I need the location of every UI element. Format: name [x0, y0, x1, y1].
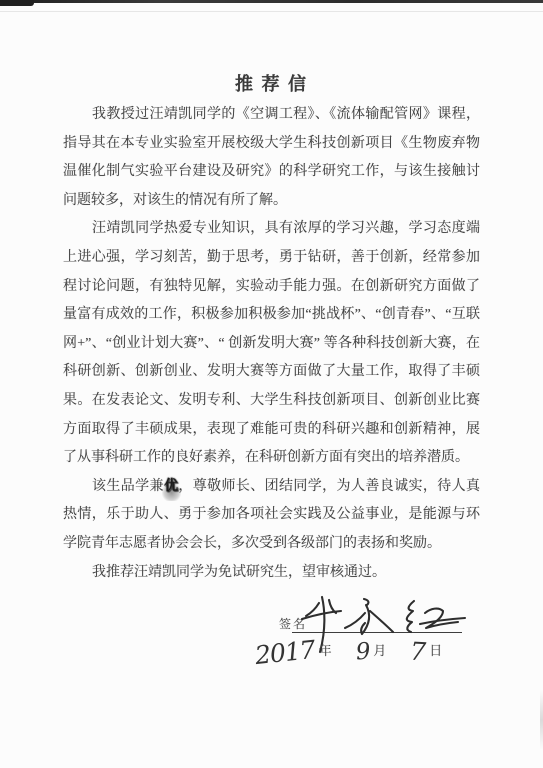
paragraph-1-line-4: 问题较多，对该生的情况有所了解。	[63, 187, 480, 216]
paragraph-2-line-7: 果。在发表论文、发明专利、大学生科技创新项目、创新创业比赛等	[63, 387, 480, 416]
scan-edge-artifact-top	[0, 0, 543, 3]
paragraph-2-line-2: 上进心强，学习刻苦，勤于思考，勇于钻研，善于创新，经常参加课	[63, 244, 480, 273]
paragraph-3-line-1: 该生品学兼优，尊敬师长、团结同学，为人善良诚实，待人真肯	[63, 473, 480, 502]
date-month-label: 月	[373, 640, 386, 659]
scan-edge-artifact-corner	[0, 0, 34, 6]
paragraph-4-line-1: 我推荐汪靖凯同学为免试研究生，望审核通过。	[63, 559, 480, 588]
line-text: 该生品学兼	[92, 479, 164, 494]
paragraph-3-line-3: 学院青年志愿者协会会长，多次受到各级部门的表扬和奖励。	[63, 530, 480, 559]
paragraph-2-line-1: 汪靖凯同学热爱专业知识，具有浓厚的学习兴趣，学习态度端正，	[63, 215, 480, 244]
paragraph-2-line-4: 量富有成效的工作，积极参加积极参加“挑战杯”、“创青春”、“互联	[63, 301, 480, 330]
date-year-label: 年	[319, 640, 332, 659]
paragraph-2-line-3: 程讨论问题，有独特见解，实验动手能力强。在创新研究方面做了大	[63, 273, 480, 302]
paragraph-1-line-3: 温催化制气实验平台建设及研究》的科学研究工作，与该生接触讨论	[63, 158, 480, 187]
paragraph-1-line-1: 我教授过汪靖凯同学的《空调工程》、《流体输配管网》课程，并	[63, 101, 480, 130]
date-year: 2017	[254, 635, 316, 670]
ink-corrected-character: 优	[164, 479, 178, 494]
date-month: 9	[355, 639, 370, 666]
signature-date: 2017 年 9 月 7 日	[255, 638, 485, 678]
paragraph-2-line-5: 网+”、“创业计划大赛”、“ 创新发明大赛” 等各种科技创新大赛，在	[63, 330, 480, 359]
date-day-label: 日	[429, 640, 442, 659]
paragraph-2-line-6: 科研创新、创新创业、发明大赛等方面做了大量工作，取得了丰硕成	[63, 358, 480, 387]
letter-body: 我教授过汪靖凯同学的《空调工程》、《流体输配管网》课程，并指导其在本专业实验室开…	[63, 101, 480, 587]
paragraph-2-line-8: 方面取得了丰硕成果，表现了难能可贵的科研兴趣和创新精神，展现	[63, 416, 480, 445]
paragraph-2-line-9: 了从事科研工作的良好素养，在科研创新方面有突出的培养潜质。	[63, 444, 480, 473]
date-day: 7	[410, 637, 426, 667]
scan-faint-line	[0, 11, 543, 12]
paragraph-1-line-2: 指导其在本专业实验室开展校级大学生科技创新项目《生物废弃物高	[63, 130, 480, 159]
letter-title: 推 荐 信	[0, 70, 543, 96]
scanned-recommendation-letter: 推 荐 信 我教授过汪靖凯同学的《空调工程》、《流体输配管网》课程，并指导其在本…	[0, 0, 543, 768]
paragraph-3-line-2: 热情，乐于助人、勇于参加各项社会实践及公益事业，是能源与环境	[63, 501, 480, 530]
